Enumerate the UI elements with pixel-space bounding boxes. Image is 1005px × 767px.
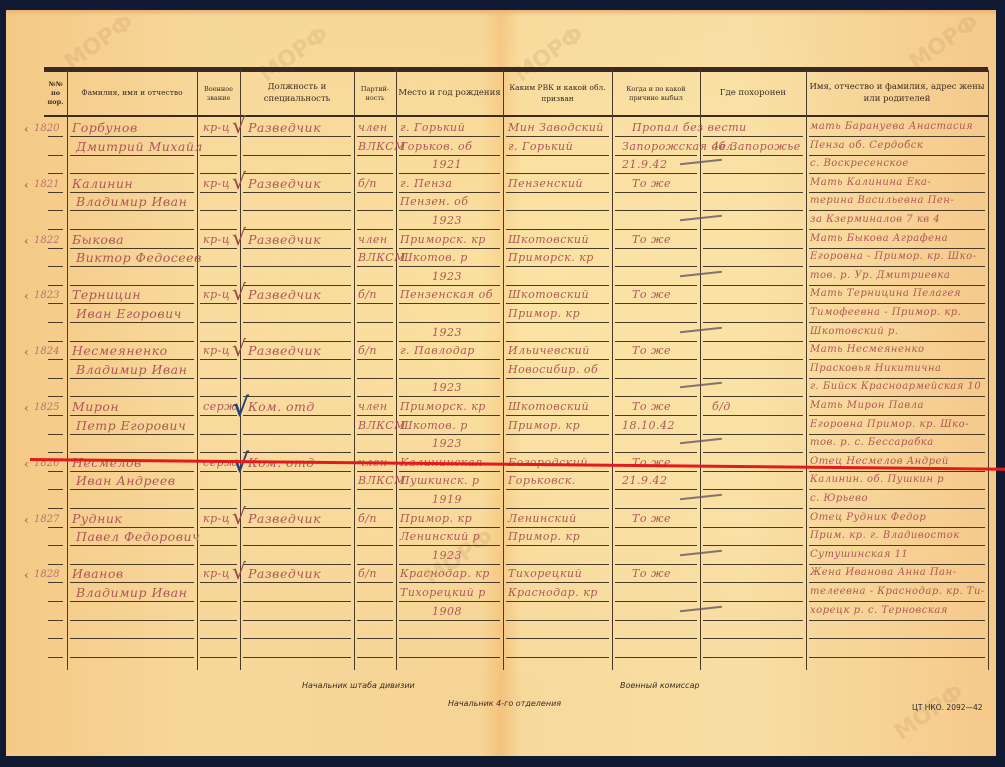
- cell-birth: Краснодар. кр: [400, 567, 490, 580]
- ruled-line: [70, 396, 194, 397]
- margin-tick-mark: ‹: [24, 289, 29, 303]
- ruled-line: [615, 620, 697, 621]
- cell-position: Разведчик: [248, 511, 321, 526]
- ruled-line: [506, 638, 609, 639]
- ruled-line: [809, 266, 985, 267]
- ruled-line: [48, 229, 63, 230]
- ruled-line: [809, 192, 985, 193]
- ruled-line: [399, 657, 500, 658]
- ruled-line: [615, 173, 697, 174]
- ruled-line: [70, 266, 194, 267]
- ruled-line: [506, 229, 609, 230]
- ruled-line: [70, 601, 194, 602]
- ruled-line: [615, 266, 697, 267]
- cell-when: То же: [632, 233, 671, 246]
- ruled-line: [70, 564, 194, 565]
- ruled-line: [809, 527, 985, 528]
- ruled-line: [357, 601, 393, 602]
- cell-draft: Краснодар. кр: [508, 586, 598, 599]
- ruled-line: [70, 285, 194, 286]
- ruled-line: [70, 229, 194, 230]
- ruled-line: [357, 415, 393, 416]
- ruled-line: [357, 396, 393, 397]
- ruled-line: [399, 396, 500, 397]
- ruled-line: [506, 210, 609, 211]
- column-divider: [67, 70, 68, 670]
- ruled-line: [703, 657, 803, 658]
- cell-party: член: [358, 233, 388, 246]
- ruled-line: [399, 415, 500, 416]
- cell-birth: Горьков. об: [400, 140, 472, 153]
- ruled-line: [357, 192, 393, 193]
- ruled-line: [48, 136, 63, 137]
- ruled-line: [615, 471, 697, 472]
- ruled-line: [809, 396, 985, 397]
- ruled-line: [399, 229, 500, 230]
- cell-draft: Примор. кр: [508, 307, 580, 320]
- check-mark: √: [232, 337, 246, 362]
- cell-relatives: тов. р. Ур. Дмитриевка: [810, 270, 950, 281]
- ruled-line: [399, 452, 500, 453]
- ruled-line: [615, 489, 697, 490]
- cell-relatives: терина Васильевна Пен-: [810, 195, 954, 206]
- ruled-line: [200, 620, 237, 621]
- ruled-line: [399, 322, 500, 323]
- ruled-line: [506, 136, 609, 137]
- ruled-line: [70, 657, 194, 658]
- ruled-line: [615, 638, 697, 639]
- cell-relatives: Мать Терницина Пелагея: [810, 288, 961, 299]
- ruled-line: [70, 322, 194, 323]
- ruled-line: [809, 155, 985, 156]
- margin-tick-mark: ‹: [24, 234, 29, 248]
- ruled-line: [48, 601, 63, 602]
- ruled-line: [615, 582, 697, 583]
- cell-relatives: хорецк р. с. Терновская: [810, 605, 948, 616]
- ruled-line: [809, 173, 985, 174]
- ruled-line: [399, 508, 500, 509]
- ruled-line: [70, 248, 194, 249]
- ruled-line: [703, 322, 803, 323]
- ruled-line: [506, 452, 609, 453]
- ruled-line: [703, 210, 803, 211]
- ruled-line: [703, 545, 803, 546]
- ruled-line: [399, 359, 500, 360]
- ruled-line: [357, 322, 393, 323]
- ruled-line: [809, 452, 985, 453]
- cell-party: б/п: [358, 288, 377, 301]
- ruled-line: [200, 601, 237, 602]
- cell-when: То же: [632, 177, 671, 190]
- ruled-line: [200, 210, 237, 211]
- ruled-line: [615, 434, 697, 435]
- ruled-line: [399, 341, 500, 342]
- ruled-line: [703, 471, 803, 472]
- ruled-line: [357, 303, 393, 304]
- ruled-line: [615, 341, 697, 342]
- ruled-line: [615, 192, 697, 193]
- ruled-line: [70, 192, 194, 193]
- ruled-line: [809, 415, 985, 416]
- ruled-line: [357, 266, 393, 267]
- ruled-line: [615, 564, 697, 565]
- ruled-line: [399, 192, 500, 193]
- cell-birth: Ленинский р: [400, 530, 480, 543]
- cell-draft: Шкотовский: [508, 233, 589, 246]
- cell-name: Рудник: [72, 511, 122, 526]
- ruled-line: [809, 489, 985, 490]
- row-number: 1827: [34, 514, 59, 525]
- ruled-line: [357, 210, 393, 211]
- ruled-line: [809, 136, 985, 137]
- cell-party: б/п: [358, 344, 377, 357]
- ruled-line: [506, 248, 609, 249]
- column-divider: [354, 70, 355, 670]
- cell-name: Владимир Иван: [76, 585, 187, 600]
- cell-birth: г. Горький: [400, 121, 465, 134]
- ruled-line: [809, 582, 985, 583]
- ruled-line: [506, 155, 609, 156]
- blue-check-mark: √: [232, 393, 249, 423]
- cell-relatives: телеевна - Краснодар. кр. Ти-: [810, 586, 985, 597]
- ruled-line: [243, 303, 351, 304]
- ruled-line: [243, 210, 351, 211]
- cell-draft: Примор. кр: [508, 419, 580, 432]
- ruled-line: [48, 452, 63, 453]
- cell-name: Мирон: [72, 399, 119, 414]
- ruled-line: [48, 582, 63, 583]
- ruled-line: [506, 582, 609, 583]
- ruled-line: [243, 359, 351, 360]
- cell-position: Разведчик: [248, 566, 321, 581]
- ruled-line: [703, 601, 803, 602]
- cell-position: Ком. отд: [248, 399, 315, 414]
- ruled-line: [48, 285, 63, 286]
- cell-draft: Тихорецкий: [508, 567, 582, 580]
- ruled-line: [703, 434, 803, 435]
- cell-draft: Ленинский: [508, 512, 577, 525]
- cell-when: То же: [632, 567, 671, 580]
- ruled-line: [506, 620, 609, 621]
- cell-when: То же: [632, 344, 671, 357]
- ruled-line: [70, 415, 194, 416]
- cell-name: Дмитрий Михайл: [76, 139, 203, 154]
- ruled-line: [506, 657, 609, 658]
- ruled-line: [809, 638, 985, 639]
- ruled-line: [399, 303, 500, 304]
- ruled-line: [243, 545, 351, 546]
- ruled-line: [703, 341, 803, 342]
- cell-draft: Ильичевский: [508, 344, 590, 357]
- ruled-line: [200, 489, 237, 490]
- ruled-line: [357, 508, 393, 509]
- header-position: Должность и специальность: [240, 72, 354, 115]
- ruled-line: [703, 303, 803, 304]
- cell-relatives: Прасковья Никитична: [810, 363, 942, 374]
- cell-relatives: тов. р. с. Бессарабка: [810, 437, 934, 448]
- footer-chief-of-staff: Начальник штаба дивизии: [302, 681, 415, 690]
- ruled-line: [243, 434, 351, 435]
- footer-commissar: Военный комиссар: [620, 681, 700, 690]
- ruled-line: [506, 508, 609, 509]
- cell-draft: Примор. кр: [508, 530, 580, 543]
- cell-relatives: Мать Быкова Аграфена: [810, 233, 948, 244]
- ruled-line: [243, 378, 351, 379]
- row-number: 1828: [34, 569, 59, 580]
- footer-chief-4th-dept: Начальник 4-го отделения: [448, 699, 561, 708]
- ruled-line: [48, 378, 63, 379]
- cell-relatives: г. Бийск Красноармейская 10: [810, 381, 981, 392]
- ruled-line: [615, 229, 697, 230]
- cell-relatives: Мать Мирон Павла: [810, 400, 924, 411]
- column-divider: [503, 70, 504, 670]
- ruled-line: [70, 155, 194, 156]
- cell-rank: кр-ц: [203, 344, 230, 357]
- cell-party: б/п: [358, 512, 377, 525]
- ruled-line: [48, 173, 63, 174]
- ruled-line: [243, 266, 351, 267]
- ruled-line: [506, 601, 609, 602]
- ruled-line: [357, 173, 393, 174]
- ruled-line: [357, 582, 393, 583]
- cell-rank: кр-ц: [203, 567, 230, 580]
- ruled-line: [357, 545, 393, 546]
- ruled-line: [357, 564, 393, 565]
- ruled-line: [200, 378, 237, 379]
- cell-birth: Приморск. кр: [400, 233, 486, 246]
- ruled-line: [48, 527, 63, 528]
- cell-position: Разведчик: [248, 232, 321, 247]
- ruled-line: [615, 601, 697, 602]
- cell-name: Виктор Федосеев: [76, 250, 202, 265]
- cell-party: ВЛКСМ: [358, 419, 406, 432]
- cell-draft: Новосибир. об: [508, 363, 598, 376]
- header-draft: Каким РВК и какой обл. призван: [503, 72, 612, 115]
- ruled-line: [357, 620, 393, 621]
- cell-relatives: Сутушинская 11: [810, 549, 908, 560]
- ruled-line: [48, 657, 63, 658]
- ruled-line: [809, 657, 985, 658]
- ruled-line: [809, 601, 985, 602]
- cell-rank: кр-ц: [203, 233, 230, 246]
- ruled-line: [506, 396, 609, 397]
- cell-party: б/п: [358, 567, 377, 580]
- ruled-line: [399, 434, 500, 435]
- ruled-line: [243, 657, 351, 658]
- cell-when: То же: [632, 400, 671, 413]
- cell-birth: Приморск. кр: [400, 400, 486, 413]
- ruled-line: [243, 527, 351, 528]
- cell-party: член: [358, 121, 388, 134]
- ruled-line: [615, 248, 697, 249]
- ruled-line: [357, 248, 393, 249]
- ruled-line: [809, 341, 985, 342]
- ruled-line: [243, 322, 351, 323]
- ruled-line: [809, 210, 985, 211]
- cell-party: б/п: [358, 177, 377, 190]
- check-mark: √: [232, 281, 246, 306]
- ruled-line: [703, 248, 803, 249]
- cell-party: ВЛКСМ: [358, 251, 406, 264]
- ruled-line: [48, 508, 63, 509]
- ruled-line: [399, 582, 500, 583]
- header-buried: Где похоронен: [700, 72, 806, 115]
- margin-tick-mark: ‹: [24, 401, 29, 415]
- column-divider: [396, 70, 397, 670]
- margin-tick-mark: ‹: [24, 513, 29, 527]
- cell-buried: 4е Запорожье: [712, 140, 801, 153]
- ruled-line: [48, 415, 63, 416]
- ruled-line: [48, 359, 63, 360]
- ruled-line: [48, 155, 63, 156]
- cell-relatives: Калинин. об. Пушкин р: [810, 474, 944, 485]
- ruled-line: [243, 582, 351, 583]
- cell-relatives: Пенза об. Сердобск: [810, 140, 923, 151]
- cell-relatives: Мать Несмеяненко: [810, 344, 924, 355]
- column-divider: [806, 70, 807, 670]
- row-number: 1825: [34, 402, 59, 413]
- ruled-line: [243, 415, 351, 416]
- ruled-line: [703, 155, 803, 156]
- cell-name: Павел Федорович: [76, 529, 200, 544]
- ruled-line: [200, 434, 237, 435]
- ruled-line: [48, 471, 63, 472]
- header-num: №№ по пор.: [44, 72, 67, 115]
- ruled-line: [200, 545, 237, 546]
- cell-draft: Горьковск.: [508, 474, 576, 487]
- column-divider: [988, 70, 989, 670]
- row-number: 1821: [34, 179, 59, 190]
- ruled-line: [70, 303, 194, 304]
- ruled-line: [399, 620, 500, 621]
- margin-tick-mark: ‹: [24, 178, 29, 192]
- header-birth: Место и год рождения: [396, 72, 503, 115]
- cell-birth: г. Павлодар: [400, 344, 475, 357]
- ruled-line: [243, 452, 351, 453]
- ruled-line: [48, 322, 63, 323]
- ruled-line: [243, 638, 351, 639]
- ruled-line: [506, 322, 609, 323]
- cell-birth: Шкотов. р: [400, 251, 468, 264]
- ruled-line: [70, 173, 194, 174]
- ruled-line: [243, 508, 351, 509]
- cell-birth: 1923: [432, 214, 462, 227]
- ruled-line: [399, 527, 500, 528]
- cell-relatives: с. Юрьево: [810, 493, 868, 504]
- ruled-line: [48, 210, 63, 211]
- ruled-line: [506, 285, 609, 286]
- column-divider: [612, 70, 613, 670]
- cell-party: член: [358, 400, 388, 413]
- ruled-line: [357, 378, 393, 379]
- ruled-line: [703, 415, 803, 416]
- ruled-line: [70, 582, 194, 583]
- ruled-line: [506, 415, 609, 416]
- ruled-line: [70, 359, 194, 360]
- ruled-line: [615, 136, 697, 137]
- cell-name: Горбунов: [72, 120, 138, 135]
- ruled-line: [703, 582, 803, 583]
- ruled-line: [506, 378, 609, 379]
- cell-birth: Примор. кр: [400, 512, 472, 525]
- margin-tick-mark: ‹: [24, 345, 29, 359]
- ruled-line: [615, 285, 697, 286]
- cell-party: ВЛКСМ: [358, 140, 406, 153]
- ruled-line: [357, 155, 393, 156]
- ruled-line: [399, 210, 500, 211]
- ruled-line: [357, 471, 393, 472]
- cell-birth: 1919: [432, 493, 462, 506]
- ruled-line: [399, 471, 500, 472]
- ruled-line: [48, 489, 63, 490]
- ruled-line: [703, 452, 803, 453]
- ruled-line: [703, 359, 803, 360]
- cell-name: Несмелов: [72, 455, 142, 470]
- ruled-line: [506, 303, 609, 304]
- ruled-line: [243, 489, 351, 490]
- margin-tick-mark: ‹: [24, 122, 29, 136]
- cell-relatives: мать Барануева Анастасия: [810, 121, 973, 132]
- cell-draft: г. Горький: [508, 140, 573, 153]
- ruled-line: [506, 173, 609, 174]
- ruled-line: [357, 136, 393, 137]
- ruled-line: [809, 434, 985, 435]
- ruled-line: [70, 527, 194, 528]
- cell-birth: Шкотов. р: [400, 419, 468, 432]
- ruled-line: [809, 545, 985, 546]
- margin-tick-mark: ‹: [24, 568, 29, 582]
- cell-draft: Шкотовский: [508, 288, 589, 301]
- cell-birth: Пушкинск. р: [400, 474, 480, 487]
- ruled-line: [357, 657, 393, 658]
- cell-birth: 1923: [432, 326, 462, 339]
- ruled-line: [506, 359, 609, 360]
- cell-when: Пропал без вести: [632, 121, 747, 134]
- ruled-line: [615, 657, 697, 658]
- ruled-line: [357, 638, 393, 639]
- ruled-line: [809, 508, 985, 509]
- ruled-line: [243, 136, 351, 137]
- cell-relatives: Тимофеевна - Примор. кр.: [810, 307, 961, 318]
- header-when: Когда и по какой причине выбыл: [612, 72, 700, 115]
- ruled-line: [703, 489, 803, 490]
- ruled-line: [615, 452, 697, 453]
- blue-check-mark: √: [232, 449, 249, 479]
- ruled-line: [357, 489, 393, 490]
- ruled-line: [506, 564, 609, 565]
- ruled-line: [70, 489, 194, 490]
- ruled-line: [200, 266, 237, 267]
- check-mark: √: [232, 560, 246, 585]
- ruled-line: [809, 248, 985, 249]
- ruled-line: [70, 620, 194, 621]
- ruled-line: [357, 452, 393, 453]
- ruled-line: [703, 136, 803, 137]
- cell-name: Петр Егорович: [76, 418, 186, 433]
- ruled-line: [703, 192, 803, 193]
- cell-relatives: Прим. кр. г. Владивосток: [810, 530, 960, 541]
- cell-rank: кр-ц: [203, 288, 230, 301]
- cell-when: То же: [632, 512, 671, 525]
- cell-draft: Приморск. кр: [508, 251, 594, 264]
- ruled-line: [48, 545, 63, 546]
- ruled-line: [703, 378, 803, 379]
- cell-name: Несмеяненко: [72, 343, 168, 358]
- ruled-line: [399, 173, 500, 174]
- ruled-line: [48, 248, 63, 249]
- ruled-line: [703, 638, 803, 639]
- cell-position: Разведчик: [248, 176, 321, 191]
